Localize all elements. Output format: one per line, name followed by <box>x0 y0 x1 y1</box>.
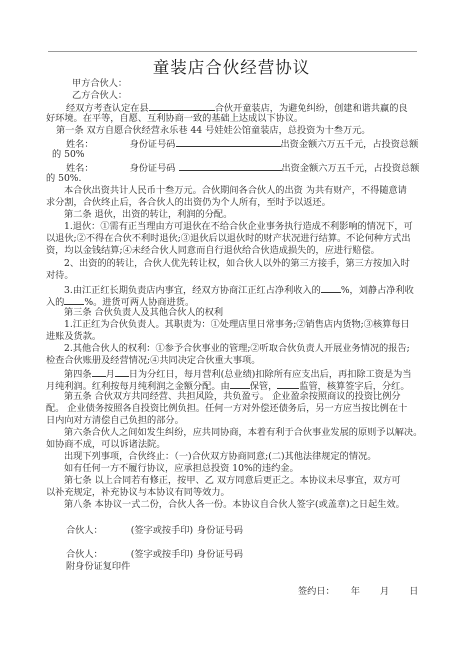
intro-line-2: 好环境。在平等，自愿、互利协商一致的基础上达成以下协议。 <box>46 113 303 124</box>
supervisor-blank[interactable] <box>277 379 299 389</box>
county-blank[interactable] <box>149 101 215 111</box>
termination-clause: 出现下列事项，合伙终止：（一)合伙双方协商同意;(二)其他法律规定的情况。 <box>64 451 376 462</box>
partner1-amount: 出资金额六万五千元，占投资总额 <box>281 139 419 150</box>
partner2-share: 的 50%. <box>46 173 81 184</box>
party-a-label: 甲方合伙人： <box>72 78 127 89</box>
date-day: 日 <box>409 586 418 597</box>
signature-partner1: 合伙人：(签字或按手印)身份证号码 <box>66 525 243 536</box>
partner1-sign-label: 合伙人： <box>66 525 103 536</box>
article3-heading: 第三条 合伙负责人及其他合伙人的权利 <box>64 307 223 318</box>
partner1-line: 姓名：身份证号码出资金额六万五千元，占投资总额 <box>66 137 418 150</box>
item3-text-2: %，刘静占净利收 <box>341 285 414 296</box>
date-year: 年 <box>351 586 360 597</box>
article1-heading: 第一条 双方自愿合伙经营永乐巷 44 号娃娃公馆童装店，总投资为十叁万元。 <box>56 125 370 136</box>
date-label: 签约日： <box>298 586 335 597</box>
day-blank[interactable] <box>115 367 129 377</box>
article2-item1-line3: 资，均以金钱结算;④未经合伙人同意而自行退伙给合伙造成损失的，应进行赔偿。 <box>46 245 380 256</box>
item3-text-3: 入的 <box>46 297 64 308</box>
partner2-line: 姓名：身份证号码出资金额六万五千元，占投资总额 <box>66 161 419 174</box>
partner2-id-hint: 身份证号码 <box>197 549 243 560</box>
attachment-note: 附身份证复印件 <box>66 561 130 572</box>
month-blank[interactable] <box>92 367 106 377</box>
custodian-blank[interactable] <box>230 379 250 389</box>
article7-line2: 以补充规定，补充协议与本协议有同等效力。 <box>46 487 230 498</box>
article5-line3: 日内向对方清偿自己负担的部分。 <box>46 415 184 426</box>
partner2-sign-label: 合伙人： <box>66 549 103 560</box>
partner1-id-blank[interactable] <box>176 137 281 147</box>
signature-partner2: 合伙人：(签字或按手印)身份证号码 <box>66 549 243 560</box>
partner1-sign-hint: (签字或按手印) <box>131 525 193 536</box>
liu-share-blank[interactable] <box>64 295 84 305</box>
party-b-label: 乙方合伙人： <box>72 90 127 101</box>
article2-item1-line1: 1.退伙：①需有正当理由方可退伙在不给合伙企业事务执行造成不利影响的情况下，可 <box>64 221 413 232</box>
partner1-id-label: 身份证号码 <box>130 139 176 150</box>
article6-line2: 如协商不成，可以诉诸法院。 <box>46 439 165 450</box>
signing-date: 签约日：年月日 <box>298 586 418 597</box>
article3-item1-line2: 进账及货款。 <box>46 331 101 342</box>
header-rule <box>48 51 417 52</box>
date-month: 月 <box>380 586 389 597</box>
article3-item1-line1: 1.江正红为合伙负责人。其职责为：①处理店里日常事务;②销售店内货物;③核算每日 <box>64 319 410 330</box>
partner2-sign-hint: (签字或按手印) <box>131 549 193 560</box>
article8: 第八条 本协议一式二份，合伙人各一份。本协议自合伙人签字(或盖章)之日起生效。 <box>64 499 405 510</box>
partner2-id-label: 身份证号码 <box>130 163 176 174</box>
article7-line1: 第七条 以上合同若有修正，按甲、乙 双方同意后更正之。本协议未尽事宜，双方可 <box>64 475 401 486</box>
article2-heading: 第二条 退伙，出资的转让，利润的分配。 <box>64 209 232 220</box>
article2-item1-line2: 以退伙;②不得在合伙不利时退伙;③退伙后以退伙时的财产状况进行结算。不论何种方式… <box>46 233 411 244</box>
partner1-id-hint: 身份证号码 <box>197 525 243 536</box>
article2-item2-line1: 2、出资的的转让，合伙人优先转让权，如合伙人以外的第三方接手，第三方按加入时 <box>64 258 410 269</box>
partner2-amount: 出资金额六万五千元，占投资总额 <box>282 163 420 174</box>
article6-line1: 第六条合伙人之间如发生纠纷，应共同协商，本着有利于合伙事业发展的原则予以解决。 <box>64 427 422 438</box>
partner1-share: 的 50% <box>52 149 85 160</box>
document-title: 童装店合伙经营协议 <box>0 54 463 78</box>
article2-item2-line2: 对待。 <box>46 270 74 281</box>
partner2-id-blank[interactable] <box>179 161 282 171</box>
article3-item2-line2: 检查合伙账册及经营情况;④共同决定合伙重大事项。 <box>46 355 260 366</box>
penalty-clause: 如有任何一方不履行协议，应承担总投资 10%的违约金。 <box>64 463 299 474</box>
jiang-share-blank[interactable] <box>321 283 341 293</box>
article1-para2-line2: 求分割，合伙终止后，各合伙人的出资仍为个人所有，至时予以返还。 <box>46 197 331 208</box>
article1-para2-line1: 本合伙出资共计人民币十叁万元。合伙期间各合伙人的出资 为共有财产，不得随意请 <box>64 185 407 196</box>
article5-line1: 第五条 合伙双方共同经营、共担风险，共负盈亏。 企业盈余按照商议的投资比例分 <box>64 391 401 402</box>
article3-item2-line1: 2.其他合伙人的权利：①参予合伙事业的管理;②听取合伙负责人开展业务情况的报告; <box>64 343 410 354</box>
article5-line2: 配。 企业债务按照各自投资比例负担。任何一方对外偿还债务后，另一方应当按比例在十 <box>46 403 407 414</box>
